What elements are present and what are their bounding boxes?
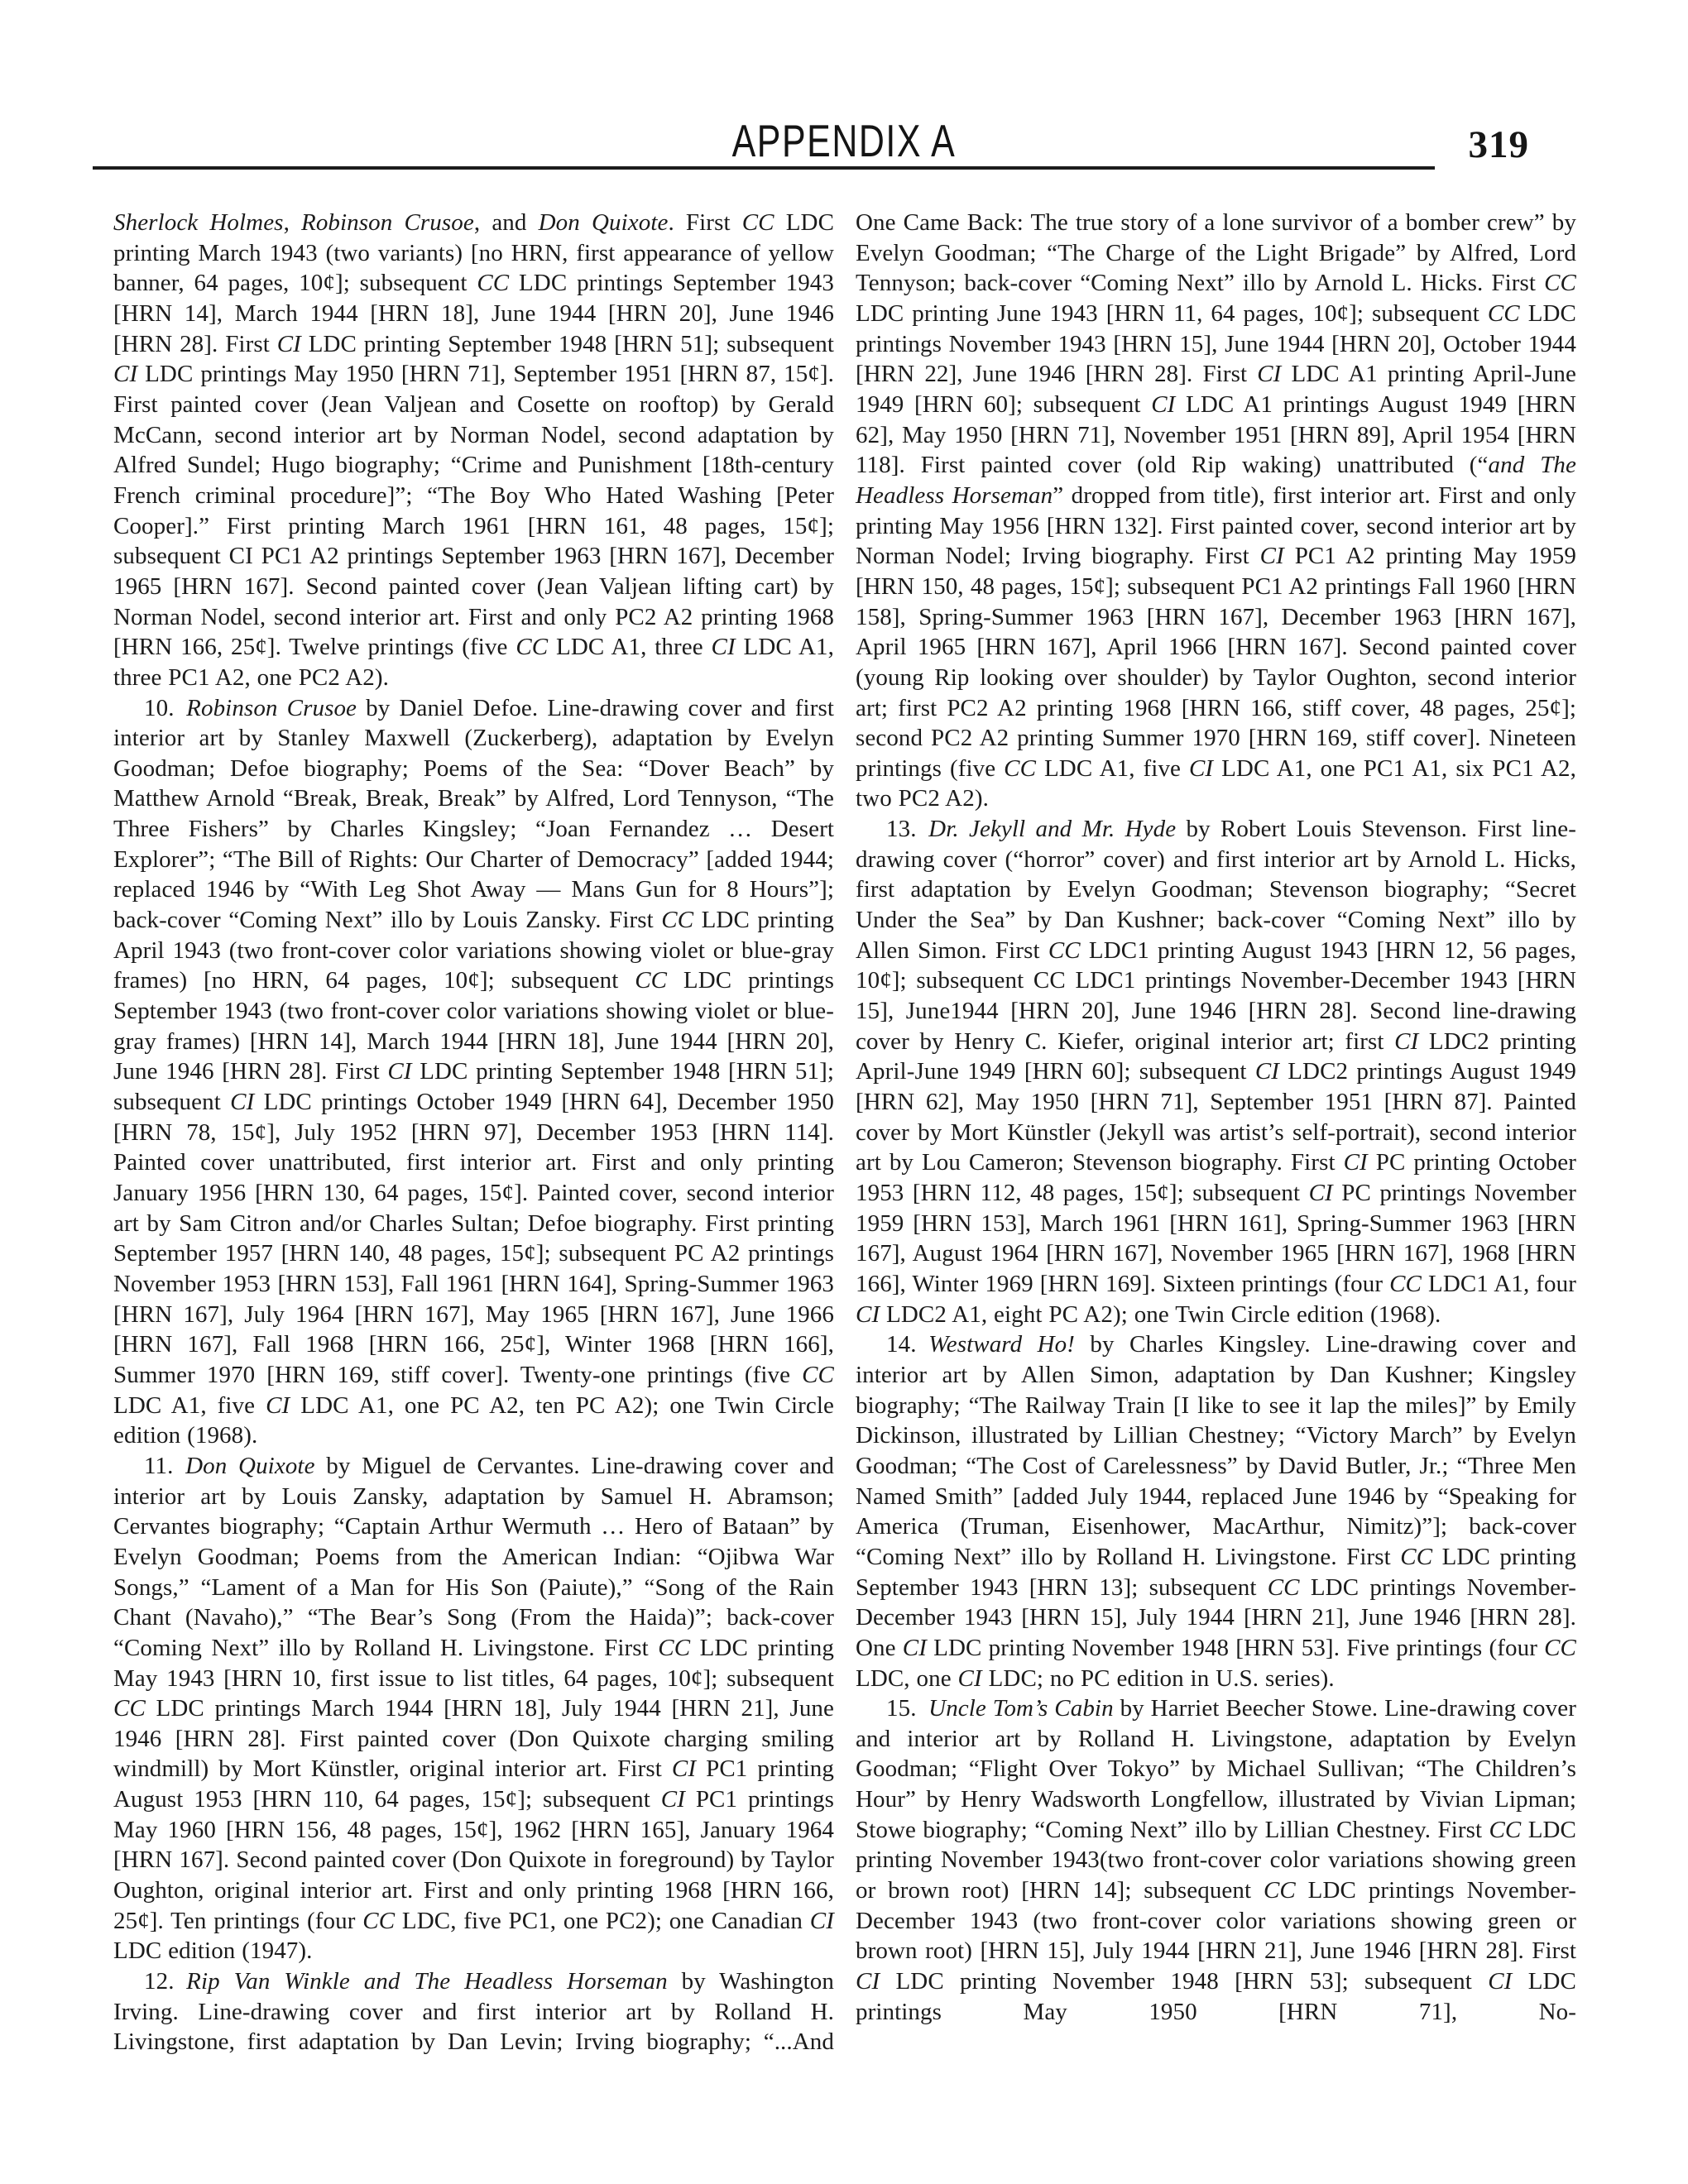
italic-text: Robinson Crusoe [301, 209, 474, 236]
italic-text: CI [1309, 1180, 1333, 1206]
body-text: . First [668, 209, 741, 236]
italic-text: Sherlock Holmes [113, 209, 284, 236]
body-text: , [284, 209, 301, 236]
body-text: 12. [144, 1968, 186, 1995]
body-text: by Charles Kingsley. Line-drawing cover … [856, 1331, 1576, 1570]
italic-text: CI [810, 1908, 834, 1934]
italic-text: CC [1489, 1817, 1521, 1843]
italic-text: Don Quixote [185, 1453, 314, 1479]
paragraph: Sherlock Holmes, Robinson Crusoe, and Do… [113, 208, 834, 693]
page-number: 319 [1469, 122, 1530, 167]
italic-text: CI [856, 1301, 880, 1328]
body-text: LDC printing November 1948 [HRN 53]. Fiv… [927, 1635, 1544, 1661]
body-text: by Daniel Defoe. Line-drawing cover and … [113, 695, 834, 934]
italic-text: CC [1400, 1544, 1432, 1570]
body-text: One Came Back: The true story of a lone … [856, 209, 1576, 296]
italic-text: Westward Ho! [928, 1331, 1075, 1358]
body-text: 11. [144, 1453, 185, 1479]
body-columns: Sherlock Holmes, Robinson Crusoe, and Do… [113, 208, 1576, 2043]
italic-text: CC [1389, 1271, 1422, 1297]
body-text: LDC printing June 1943 [HRN 11, 64 pages… [856, 300, 1488, 327]
italic-text: CC [516, 634, 548, 660]
body-text: 14. [886, 1331, 928, 1358]
italic-text: CI [1260, 543, 1284, 569]
body-text: LDC A1, three [548, 634, 711, 660]
body-text: LDC1 A1, four [1422, 1271, 1576, 1297]
italic-text: CC [1544, 1635, 1576, 1661]
italic-text: CI [113, 361, 137, 387]
body-text: LDC printings October 1949 [HRN 64], Dec… [113, 1089, 834, 1388]
italic-text: CC [635, 967, 667, 994]
italic-text: CI [712, 634, 736, 660]
italic-text: CI [1255, 1058, 1279, 1085]
italic-text: CI [387, 1058, 411, 1085]
right-column: One Came Back: The true story of a lone … [856, 208, 1576, 2043]
italic-text: CI [1394, 1028, 1418, 1055]
italic-text: CI [277, 331, 301, 357]
paragraph: 11. Don Quixote by Miguel de Cervantes. … [113, 1451, 834, 1966]
italic-text: Don Quixote [539, 209, 669, 236]
body-text: LDC2 A1, eight PC A2); one Twin Circle e… [880, 1301, 1441, 1328]
body-text: LDC edition (1947). [113, 1937, 313, 1964]
italic-text: CI [1344, 1149, 1368, 1176]
body-text: LDC A1, five [1036, 755, 1189, 782]
paragraph: 12. Rip Van Winkle and The Headless Hors… [113, 1966, 834, 2057]
italic-text: Robinson Crusoe [186, 695, 357, 721]
italic-text: CC [1488, 300, 1520, 327]
italic-text: CI [958, 1665, 982, 1692]
italic-text: CI [266, 1392, 290, 1419]
italic-text: CI [903, 1635, 927, 1661]
italic-text: CC [362, 1908, 395, 1934]
body-text: PC1 A2 printing May 1959 [HRN 150, 48 pa… [856, 543, 1576, 782]
paragraph: 15. Uncle Tom’s Cabin by Harriet Beecher… [856, 1693, 1576, 2027]
italic-text: CC [477, 270, 509, 296]
italic-text: CI [672, 1755, 696, 1782]
italic-text: Uncle Tom’s Cabin [928, 1695, 1114, 1722]
italic-text: CI [1257, 361, 1281, 387]
body-text: LDC; no PC edition in U.S. series). [982, 1665, 1335, 1692]
body-text: LDC, one [856, 1665, 958, 1692]
italic-text: CC [1048, 937, 1081, 964]
italic-text: CI [661, 1786, 685, 1813]
italic-text: CC [802, 1362, 834, 1388]
body-text: LDC printing September 1948 [HRN 51]; su… [301, 331, 834, 357]
italic-text: CC [1264, 1877, 1296, 1904]
italic-text: CI [856, 1968, 880, 1995]
paragraph: 13. Dr. Jekyll and Mr. Hyde by Robert Lo… [856, 814, 1576, 1329]
appendix-title: APPENDIX A [185, 114, 1502, 167]
italic-text: CI [1151, 391, 1175, 418]
left-column: Sherlock Holmes, Robinson Crusoe, and Do… [113, 208, 834, 2043]
body-text: 13. [886, 816, 928, 842]
italic-text: CC [1268, 1574, 1300, 1601]
body-text: LDC printing November 1948 [HRN 53]; sub… [880, 1968, 1488, 1995]
italic-text: CC [1544, 270, 1576, 296]
italic-text: CC [661, 907, 693, 933]
body-text: LDC, five PC1, one PC2); one Canadian [395, 1908, 810, 1934]
italic-text: CI [1488, 1968, 1512, 1995]
italic-text: CC [113, 1695, 146, 1722]
italic-text: CI [1189, 755, 1213, 782]
italic-text: Rip Van Winkle and The Headless Horseman [186, 1968, 668, 1995]
body-text: LDC printings May 1950 [HRN 71], Septemb… [113, 361, 834, 660]
italic-text: CI [230, 1089, 254, 1115]
body-text: , and [474, 209, 539, 236]
italic-text: CC [658, 1635, 690, 1661]
body-text: LDC A1, five [113, 1392, 266, 1419]
italic-text: Dr. Jekyll and Mr. Hyde [928, 816, 1176, 842]
paragraph: One Came Back: The true story of a lone … [856, 208, 1576, 814]
italic-text: CC [1004, 755, 1036, 782]
book-page: APPENDIX A 319 Sherlock Holmes, Robinson… [0, 0, 1688, 2184]
paragraph: 14. Westward Ho! by Charles Kingsley. Li… [856, 1329, 1576, 1693]
body-text: 15. [886, 1695, 928, 1722]
body-text: by Miguel de Cervantes. Line-drawing cov… [113, 1453, 834, 1661]
header-rule [93, 166, 1435, 170]
paragraph: 10. Robinson Crusoe by Daniel Defoe. Lin… [113, 693, 834, 1451]
body-text: 10. [144, 695, 186, 721]
italic-text: CC [742, 209, 774, 236]
